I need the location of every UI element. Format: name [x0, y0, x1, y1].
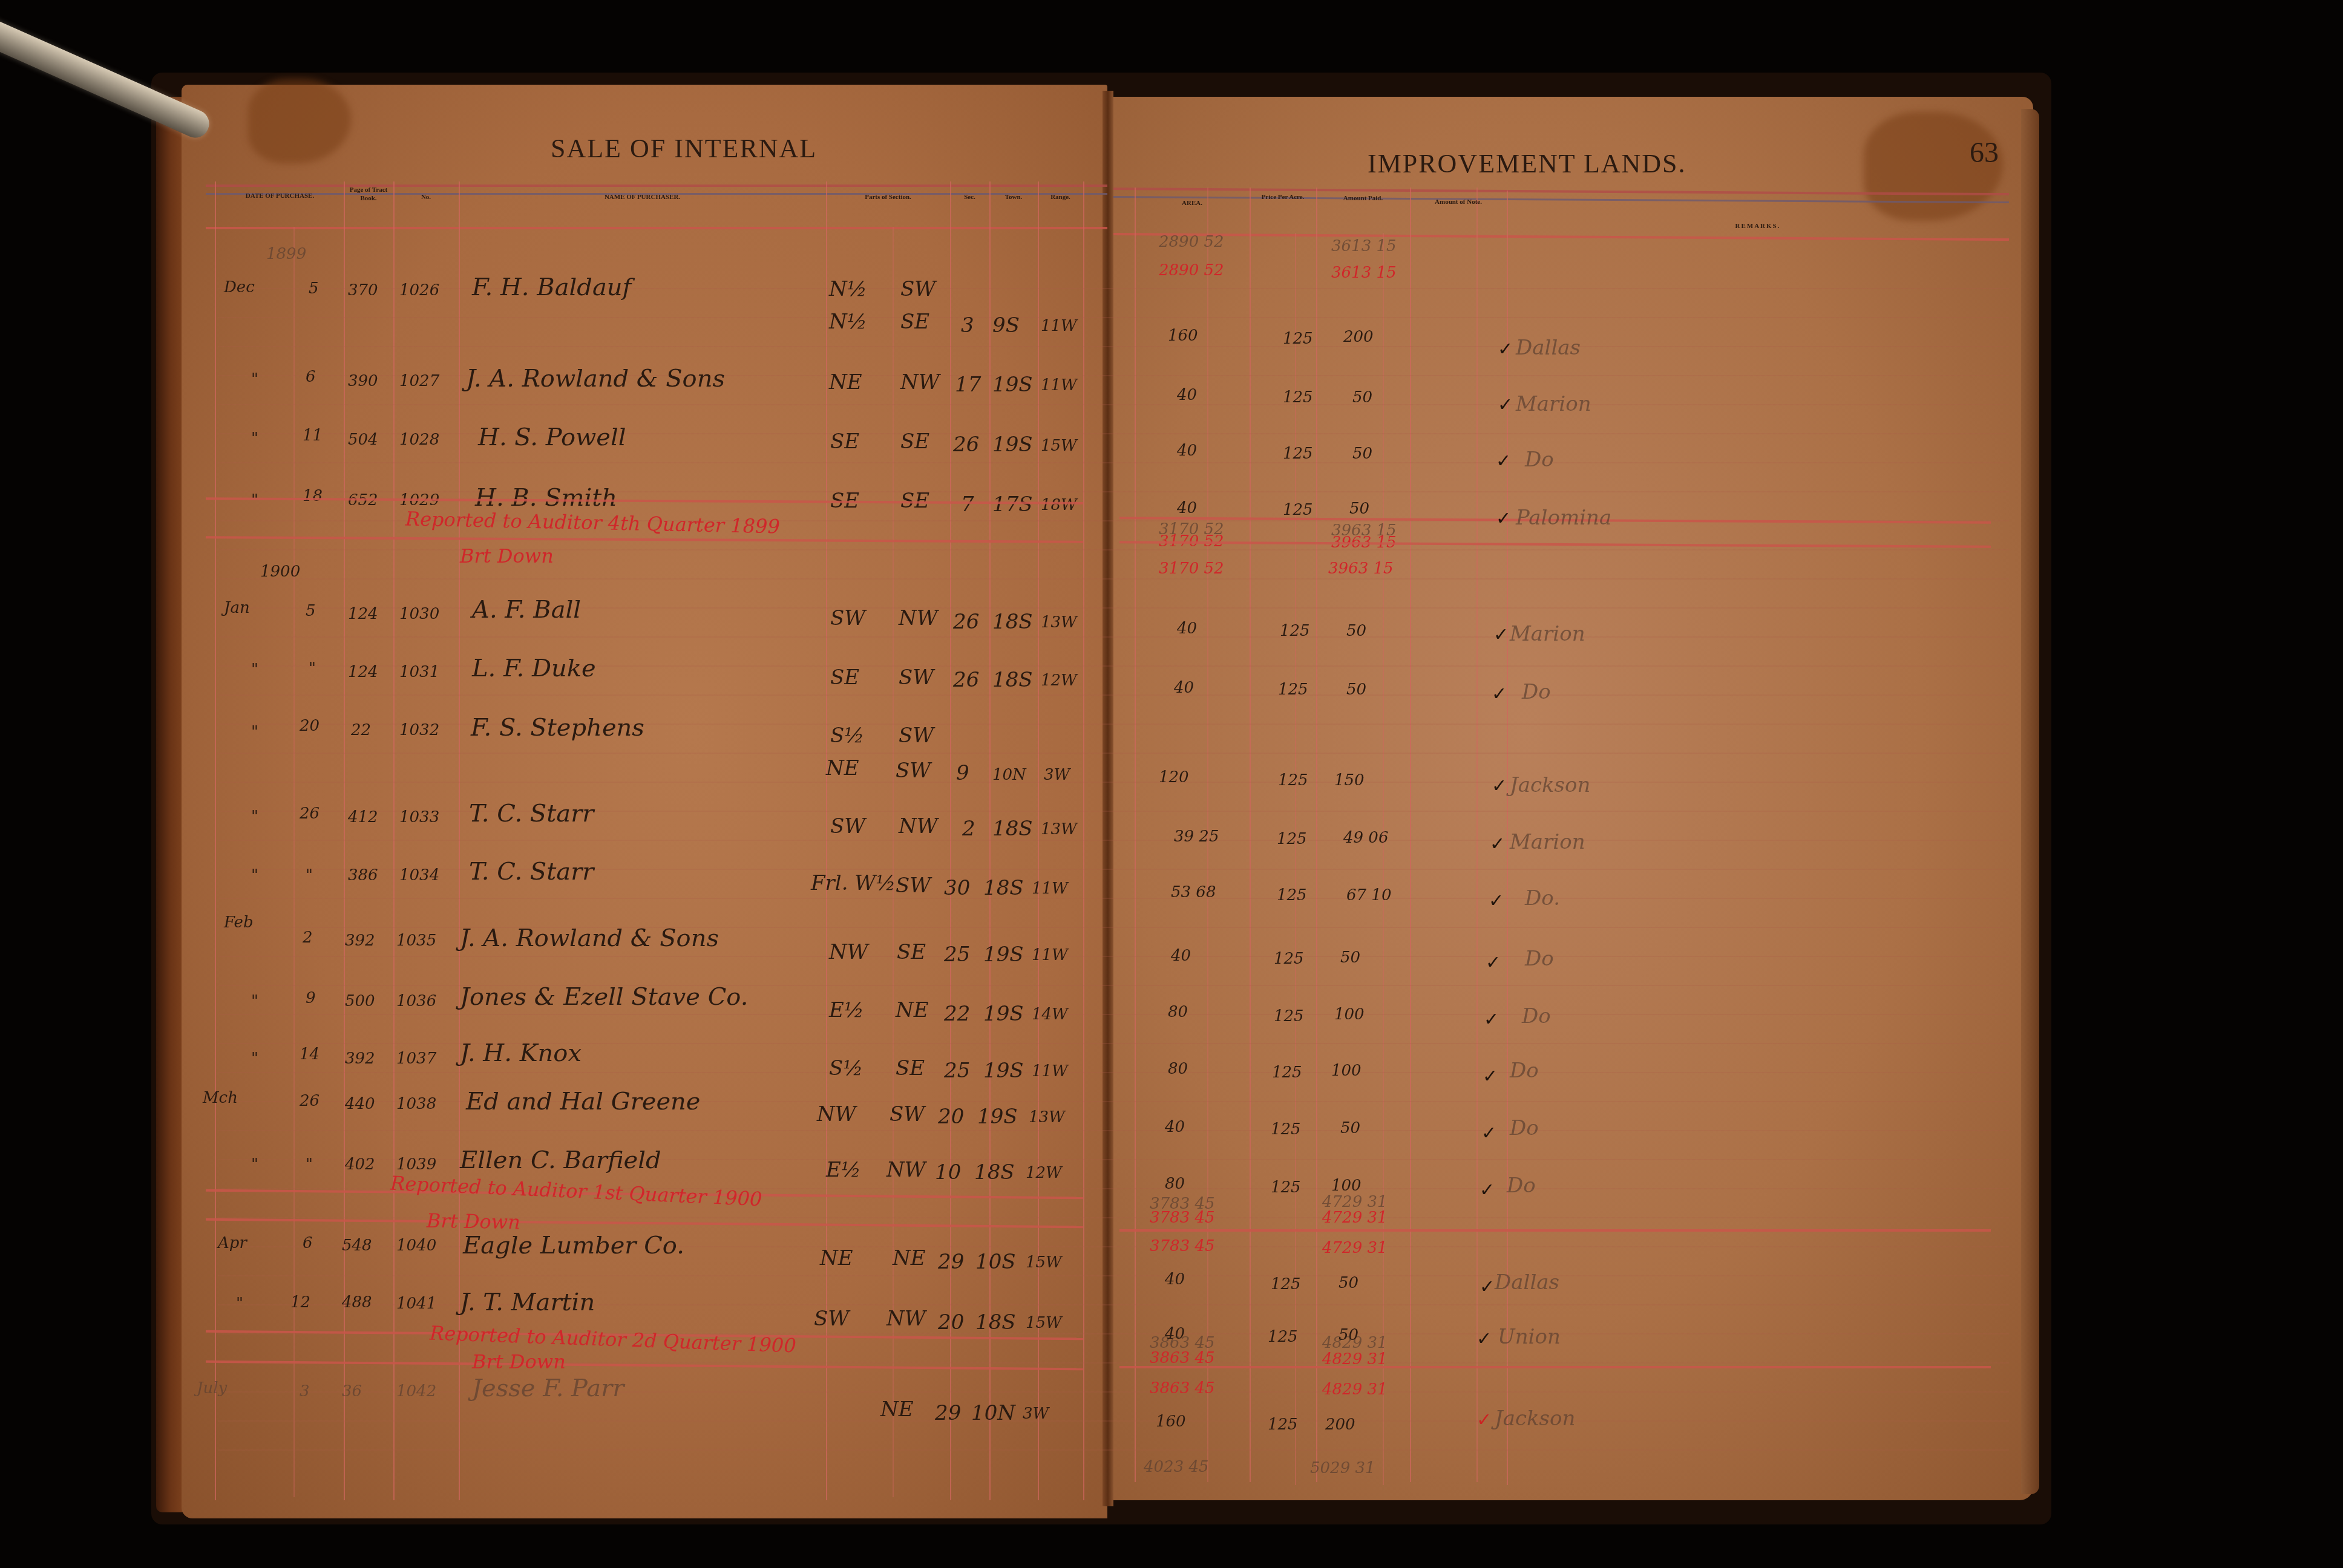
entry-paid: 100 — [1331, 1062, 1362, 1080]
entry-month: " — [251, 1155, 258, 1174]
entry-name: Ed and Hal Greene — [466, 1088, 701, 1116]
entry-remark: Jackson — [1510, 773, 1590, 797]
entry-parts2: SE — [900, 310, 929, 334]
entry-price: 125 — [1280, 622, 1310, 640]
col-rule — [215, 181, 216, 1500]
entry-remark: Dallas — [1495, 1270, 1559, 1295]
entry-price: 125 — [1271, 1178, 1301, 1197]
entry-remark: Do — [1510, 1059, 1539, 1083]
entry-town: 9S — [992, 313, 1020, 338]
entry-range: 12W — [1026, 1164, 1062, 1182]
check-mark-icon: ✓ — [1493, 624, 1509, 645]
entry-tract-page: 370 — [348, 281, 378, 299]
col-header-range: Range. — [1038, 194, 1083, 202]
entry-price: 125 — [1283, 501, 1313, 519]
col-header-parts: Parts of Section. — [826, 194, 950, 202]
entry-tract-page: 500 — [345, 992, 375, 1010]
entry-month: Jan — [224, 599, 250, 617]
entry-parts: NW — [817, 1102, 856, 1126]
entry-no: 1033 — [399, 808, 439, 826]
entry-area: 53 68 — [1171, 883, 1216, 901]
entry-tract-page: 36 — [342, 1382, 362, 1400]
check-mark-icon: ✓ — [1496, 451, 1511, 472]
check-mark-icon: ✓ — [1490, 834, 1505, 855]
entry-parts2: NE — [893, 1246, 926, 1270]
entry-tract-page: 392 — [345, 1050, 375, 1068]
entry-range: 13W — [1029, 1108, 1065, 1126]
brought-down-annotation: Brt Down — [427, 1209, 520, 1234]
entry-parts2: SW — [899, 724, 934, 748]
entry-sec: 7 — [961, 492, 974, 517]
entry-paid: 50 — [1340, 1119, 1360, 1137]
entry-range: 11W — [1041, 317, 1077, 335]
total-area-red: 3863 45 — [1150, 1349, 1215, 1367]
entry-town: 17S — [992, 492, 1033, 517]
entry-price: 125 — [1283, 388, 1313, 407]
entry-name: H. B. Smith — [475, 484, 617, 512]
entry-day: 6 — [306, 368, 316, 386]
entry-price: 125 — [1274, 1007, 1304, 1025]
entry-paid: 150 — [1334, 771, 1365, 789]
entry-parts2: SE — [897, 940, 926, 964]
entry-area: 40 — [1171, 947, 1191, 965]
entry-parts: N½ — [829, 277, 867, 301]
entry-parts: S½ — [829, 1056, 863, 1080]
check-mark-icon: ✓ — [1489, 890, 1504, 912]
col-header-date: DATE OF PURCHASE. — [218, 192, 342, 201]
entry-town: 10N — [971, 1401, 1015, 1425]
entry-parts2: NW — [886, 1307, 926, 1331]
entry-parts: NE — [820, 1246, 853, 1270]
entry-no: 1027 — [399, 372, 439, 390]
entry-tract-page: 504 — [348, 431, 378, 449]
entry-price: 125 — [1278, 681, 1308, 699]
entry-name: Ellen C. Barfield — [460, 1146, 661, 1174]
entry-remark: Do — [1525, 947, 1554, 971]
page-number: 63 — [1970, 136, 1999, 169]
entry-no: 1030 — [399, 605, 439, 623]
entry-month: Feb — [224, 913, 254, 932]
total-area-red: 3783 45 — [1150, 1209, 1215, 1227]
entry-sec: 26 — [953, 433, 979, 457]
entry-paid: 200 — [1343, 328, 1374, 346]
entry-tract-page: 386 — [348, 866, 378, 884]
entry-day: 6 — [303, 1234, 313, 1252]
entry-price: 125 — [1268, 1416, 1298, 1434]
check-mark-icon: ✓ — [1498, 394, 1513, 416]
col-header-town: Town. — [989, 194, 1038, 202]
brought-down-area: 3783 45 — [1150, 1237, 1215, 1255]
year-label: 1899 — [266, 245, 306, 263]
entry-paid: 50 — [1352, 388, 1372, 407]
entry-parts2: SE — [900, 430, 929, 454]
entry-area: 160 — [1168, 327, 1198, 345]
entry-name: T. C. Starr — [469, 858, 594, 886]
entry-remark: Do. — [1525, 886, 1560, 910]
col-header-note: Amount of Note. — [1410, 198, 1507, 207]
check-mark-icon: ✓ — [1486, 952, 1501, 973]
entry-no: 1026 — [399, 281, 439, 299]
entry-tract-page: 402 — [345, 1155, 375, 1174]
report-rule — [1119, 1366, 1991, 1368]
total-paid-red: 3613 15 — [1331, 264, 1397, 282]
entry-town: 19S — [983, 1059, 1024, 1083]
entry-range: 15W — [1026, 1253, 1062, 1272]
entry-tract-page: 124 — [348, 663, 378, 681]
entry-sec: 9 — [956, 761, 969, 785]
entry-parts: SW — [830, 606, 865, 630]
entry-no: 1041 — [396, 1295, 436, 1313]
col-header-paid: Amount Paid. — [1316, 195, 1410, 203]
entry-name: A. F. Ball — [472, 596, 581, 624]
entry-range: 12W — [1041, 671, 1077, 690]
entry-no: 1039 — [396, 1155, 436, 1174]
entry-area: 40 — [1177, 499, 1197, 517]
entry-day: 11 — [303, 426, 323, 445]
check-mark-icon: ✓ — [1492, 684, 1507, 705]
entry-name: T. C. Starr — [469, 800, 594, 828]
entry-price: 125 — [1277, 886, 1307, 904]
entry-range: 15W — [1026, 1314, 1062, 1332]
entry-price: 125 — [1277, 830, 1307, 848]
entry-month: " — [251, 1050, 258, 1068]
entry-remark: Marion — [1510, 622, 1585, 646]
entry-range: 13W — [1041, 613, 1077, 632]
entry-parts: S½ — [830, 724, 864, 748]
entry-town: 19S — [992, 433, 1033, 457]
entry-day: 2 — [303, 929, 313, 947]
entry-tract-page: 124 — [348, 605, 378, 623]
entry-sec: 22 — [944, 1002, 970, 1026]
entry-sec: 26 — [953, 668, 979, 692]
entry-area: 120 — [1159, 768, 1189, 786]
running-total-paid: 5029 31 — [1310, 1459, 1375, 1477]
col-header-sec: Sec. — [950, 194, 989, 202]
entry-area: 160 — [1156, 1413, 1186, 1431]
entry-name: F. S. Stephens — [471, 714, 644, 742]
entry-no: 1035 — [396, 932, 436, 950]
entry-town: 10N — [992, 766, 1026, 784]
check-mark-icon: ✓ — [1476, 1328, 1492, 1350]
check-mark-icon: ✓ — [1496, 508, 1511, 529]
entry-paid: 50 — [1349, 500, 1369, 518]
entry-town: 19S — [992, 373, 1033, 397]
brought-down-area: 3170 52 — [1159, 560, 1224, 578]
entry-remark: Do — [1507, 1174, 1536, 1198]
entry-range: 14W — [1032, 1005, 1068, 1024]
entry-parts: NW — [829, 940, 868, 964]
entry-tract-page: 390 — [348, 372, 378, 390]
entry-parts2: NW — [899, 814, 938, 838]
brought-down-paid: 4729 31 — [1322, 1239, 1388, 1257]
check-mark-icon: ✓ — [1480, 1276, 1495, 1298]
entry-paid: 49 06 — [1343, 829, 1388, 847]
entry-day: " — [309, 659, 316, 678]
entry-parts: SW — [814, 1307, 849, 1331]
entry-area: 40 — [1165, 1325, 1185, 1343]
page-edges — [2021, 109, 2039, 1494]
entry-sec: 20 — [938, 1105, 964, 1129]
entry-month: Mch — [203, 1089, 238, 1107]
entry-price: 125 — [1283, 330, 1313, 348]
report-rule — [1119, 1229, 1991, 1232]
entry-sec: 25 — [944, 942, 970, 967]
entry-no: 1042 — [396, 1382, 436, 1400]
entry-paid: 50 — [1352, 445, 1372, 463]
entry-month: " — [251, 866, 258, 884]
entry-parts: NE — [826, 756, 859, 780]
entry-name: J. A. Rowland & Sons — [466, 365, 725, 393]
entry-parts2: SW — [896, 759, 931, 783]
entry-range: 3W — [1023, 1405, 1049, 1423]
entry-area: 40 — [1165, 1118, 1185, 1136]
entry-sec: 25 — [944, 1059, 970, 1083]
entry-day: 20 — [300, 717, 319, 735]
entry-range: 11W — [1041, 376, 1077, 394]
entry-day: 3 — [300, 1382, 310, 1400]
entry-parts: Frl. W½ — [811, 871, 896, 895]
entry-day: " — [306, 1155, 313, 1174]
entry-no: 1037 — [396, 1050, 436, 1068]
col-header-tract-page: Page of Tract Book. — [344, 186, 393, 203]
entry-no: 1028 — [399, 431, 439, 449]
entry-sec: 2 — [962, 817, 975, 841]
total-area-red: 2890 52 — [1159, 261, 1224, 279]
entry-sec: 30 — [944, 876, 970, 900]
entry-range: 11W — [1032, 1062, 1068, 1080]
entry-paid: 50 — [1339, 1326, 1358, 1344]
entry-remark: Marion — [1510, 830, 1585, 854]
entry-parts2: SW — [896, 874, 931, 898]
entry-name: J. H. Knox — [460, 1039, 582, 1067]
entry-parts2: NW — [899, 606, 938, 630]
entry-parts2: NW — [900, 370, 940, 394]
entry-area: 39 25 — [1174, 828, 1219, 846]
entry-paid: 50 — [1346, 622, 1366, 640]
brought-down-paid: 4829 31 — [1322, 1380, 1388, 1399]
entry-day: 26 — [300, 1092, 319, 1110]
entry-month: " — [251, 992, 258, 1010]
check-mark-icon: ✓ — [1492, 776, 1507, 797]
entry-name: L. F. Duke — [472, 655, 596, 682]
entry-price: 125 — [1272, 1063, 1302, 1082]
entry-remark: Do — [1522, 1004, 1551, 1028]
entry-month: " — [236, 1295, 243, 1313]
entry-price: 125 — [1271, 1275, 1301, 1293]
total-area: 2890 52 — [1159, 233, 1224, 251]
entry-range: 11W — [1032, 946, 1068, 964]
entry-name: J. T. Martin — [460, 1289, 595, 1316]
entry-area: 80 — [1168, 1060, 1188, 1078]
col-header-remarks: REMARKS. — [1507, 223, 2009, 231]
entry-month: Apr — [218, 1234, 247, 1252]
header-rule-bottom-left — [206, 227, 1107, 229]
year-label: 1900 — [260, 563, 300, 581]
entry-tract-page: 488 — [342, 1293, 372, 1312]
entry-name: F. H. Baldauf — [472, 273, 631, 301]
entry-town: 18S — [992, 817, 1033, 841]
entry-paid: 200 — [1325, 1416, 1355, 1434]
entry-town: 19S — [977, 1105, 1018, 1129]
check-mark-icon: ✓ — [1480, 1180, 1495, 1201]
running-total-area: 4023 45 — [1144, 1458, 1209, 1476]
entry-no: 1040 — [396, 1236, 436, 1255]
entry-paid: 50 — [1339, 1274, 1358, 1292]
total-paid: 3613 15 — [1331, 237, 1397, 255]
brought-down-annotation: Brt Down — [460, 544, 554, 567]
entry-parts2: NE — [896, 998, 929, 1022]
entry-area: 40 — [1177, 619, 1197, 638]
entry-price: 125 — [1283, 445, 1313, 463]
entry-no: 1034 — [399, 866, 439, 884]
entry-town: 18S — [975, 1310, 1016, 1334]
entry-price: 125 — [1271, 1120, 1301, 1138]
entry-no: 1038 — [396, 1095, 436, 1113]
entry-month: " — [251, 723, 258, 741]
entry-area: 40 — [1177, 442, 1197, 460]
entry-name: Jones & Ezell Stave Co. — [460, 983, 748, 1011]
entry-town: 10S — [975, 1250, 1016, 1274]
total-paid-red: 4729 31 — [1322, 1209, 1388, 1227]
entry-sec: 10 — [935, 1160, 961, 1184]
entry-remark: Do — [1522, 680, 1551, 704]
brought-down-area: 3863 45 — [1150, 1379, 1215, 1397]
check-mark-icon: ✓ — [1483, 1066, 1498, 1087]
entry-area: 40 — [1165, 1270, 1185, 1289]
col-header-area: AREA. — [1135, 200, 1250, 208]
entry-remark: Union — [1498, 1325, 1561, 1349]
entry-town: 19S — [983, 942, 1024, 967]
entry-remark: Do — [1510, 1116, 1539, 1140]
entry-parts: N½ — [829, 310, 867, 334]
entry-parts2: NE — [880, 1397, 914, 1422]
entry-area: 80 — [1168, 1003, 1188, 1021]
entry-day: 18 — [303, 487, 323, 505]
entry-parts: SE — [830, 430, 859, 454]
entry-parts: SE — [830, 665, 859, 690]
brought-down-annotation: Brt Down — [472, 1350, 566, 1373]
entry-no: 1036 — [396, 992, 436, 1010]
entry-parts: E½ — [826, 1158, 861, 1182]
entry-month: " — [251, 661, 258, 679]
entry-day: 5 — [309, 279, 319, 298]
entry-sec: 29 — [935, 1401, 961, 1425]
entry-parts2: SW — [899, 665, 934, 690]
entry-tract-page: 392 — [345, 932, 375, 950]
entry-parts: NE — [829, 370, 862, 394]
entry-town: 18S — [992, 610, 1033, 634]
entry-day: 14 — [300, 1045, 319, 1063]
entry-day: 5 — [306, 602, 316, 620]
entry-day: 9 — [306, 989, 316, 1007]
entry-parts2: NW — [886, 1158, 926, 1182]
entry-sec: 29 — [938, 1250, 964, 1274]
entry-month: Dec — [224, 278, 255, 296]
entry-paid: 67 10 — [1346, 886, 1391, 904]
col-header-price: Price Per Acre. — [1250, 194, 1316, 202]
check-mark-icon: ✓ — [1481, 1123, 1496, 1144]
entry-sec: 3 — [961, 313, 974, 338]
entry-price: 125 — [1278, 771, 1308, 789]
entry-name: J. A. Rowland & Sons — [460, 924, 719, 952]
entry-paid: 100 — [1334, 1005, 1365, 1024]
entry-remark: Marion — [1516, 392, 1591, 416]
entry-remark: Dallas — [1516, 336, 1581, 360]
entry-day: " — [306, 866, 313, 884]
entry-sec: 20 — [938, 1310, 964, 1334]
entry-name: Jesse F. Parr — [472, 1374, 624, 1402]
entry-range: 18W — [1041, 496, 1077, 514]
entry-no: 1032 — [399, 721, 439, 739]
entry-day: 12 — [290, 1293, 310, 1312]
entry-paid: 50 — [1340, 949, 1360, 967]
entry-sec: 17 — [955, 373, 981, 397]
entry-month: " — [251, 808, 258, 826]
entry-parts: E½ — [829, 998, 864, 1022]
entry-month: " — [251, 430, 258, 448]
entry-paid: 50 — [1346, 681, 1366, 699]
entry-town: 18S — [983, 876, 1024, 900]
entry-range: 13W — [1041, 820, 1077, 838]
entry-tract-page: 412 — [348, 808, 378, 826]
entry-month: " — [251, 370, 258, 388]
entry-area: 40 — [1174, 679, 1194, 697]
entry-month: " — [251, 491, 258, 509]
check-mark-icon: ✓ — [1484, 1009, 1499, 1030]
entry-range: 3W — [1044, 766, 1070, 784]
entry-remark: Do — [1525, 448, 1554, 472]
entry-name: Eagle Lumber Co. — [463, 1232, 684, 1259]
entry-tract-page: 22 — [351, 721, 371, 739]
entry-paid: 100 — [1331, 1177, 1362, 1195]
entry-sec: 26 — [953, 610, 979, 634]
entry-town: 18S — [974, 1160, 1015, 1184]
right-page-title: IMPROVEMENT LANDS. — [1368, 148, 1686, 179]
check-mark-icon: ✓ — [1498, 339, 1513, 360]
entry-month: July — [197, 1379, 227, 1397]
entry-town: 18S — [992, 668, 1033, 692]
entry-no: 1031 — [399, 663, 439, 681]
left-page-title: SALE OF INTERNAL — [551, 133, 817, 164]
entry-area: 80 — [1165, 1175, 1185, 1193]
entry-parts: SW — [830, 814, 865, 838]
entry-price: 125 — [1274, 950, 1304, 968]
entry-range: 11W — [1032, 880, 1068, 898]
entry-remark: Jackson — [1495, 1406, 1575, 1431]
entry-town: 19S — [983, 1002, 1024, 1026]
check-mark-icon: ✓ — [1476, 1410, 1492, 1431]
entry-remark: Palomina — [1516, 506, 1611, 530]
entry-tract-page: 440 — [345, 1095, 375, 1113]
col-header-name: NAME OF PURCHASER. — [459, 194, 826, 202]
entry-range: 15W — [1041, 437, 1077, 455]
entry-parts2: SE — [896, 1056, 925, 1080]
entry-parts2: SW — [890, 1102, 925, 1126]
brought-down-paid: 3963 15 — [1328, 560, 1394, 578]
entry-area: 40 — [1177, 386, 1197, 404]
entry-tract-page: 548 — [342, 1236, 372, 1255]
entry-price: 125 — [1268, 1328, 1298, 1346]
entry-parts2: SW — [900, 277, 936, 301]
col-header-no: No. — [393, 194, 459, 202]
entry-day: 26 — [300, 805, 319, 823]
entry-name: H. S. Powell — [478, 423, 626, 451]
